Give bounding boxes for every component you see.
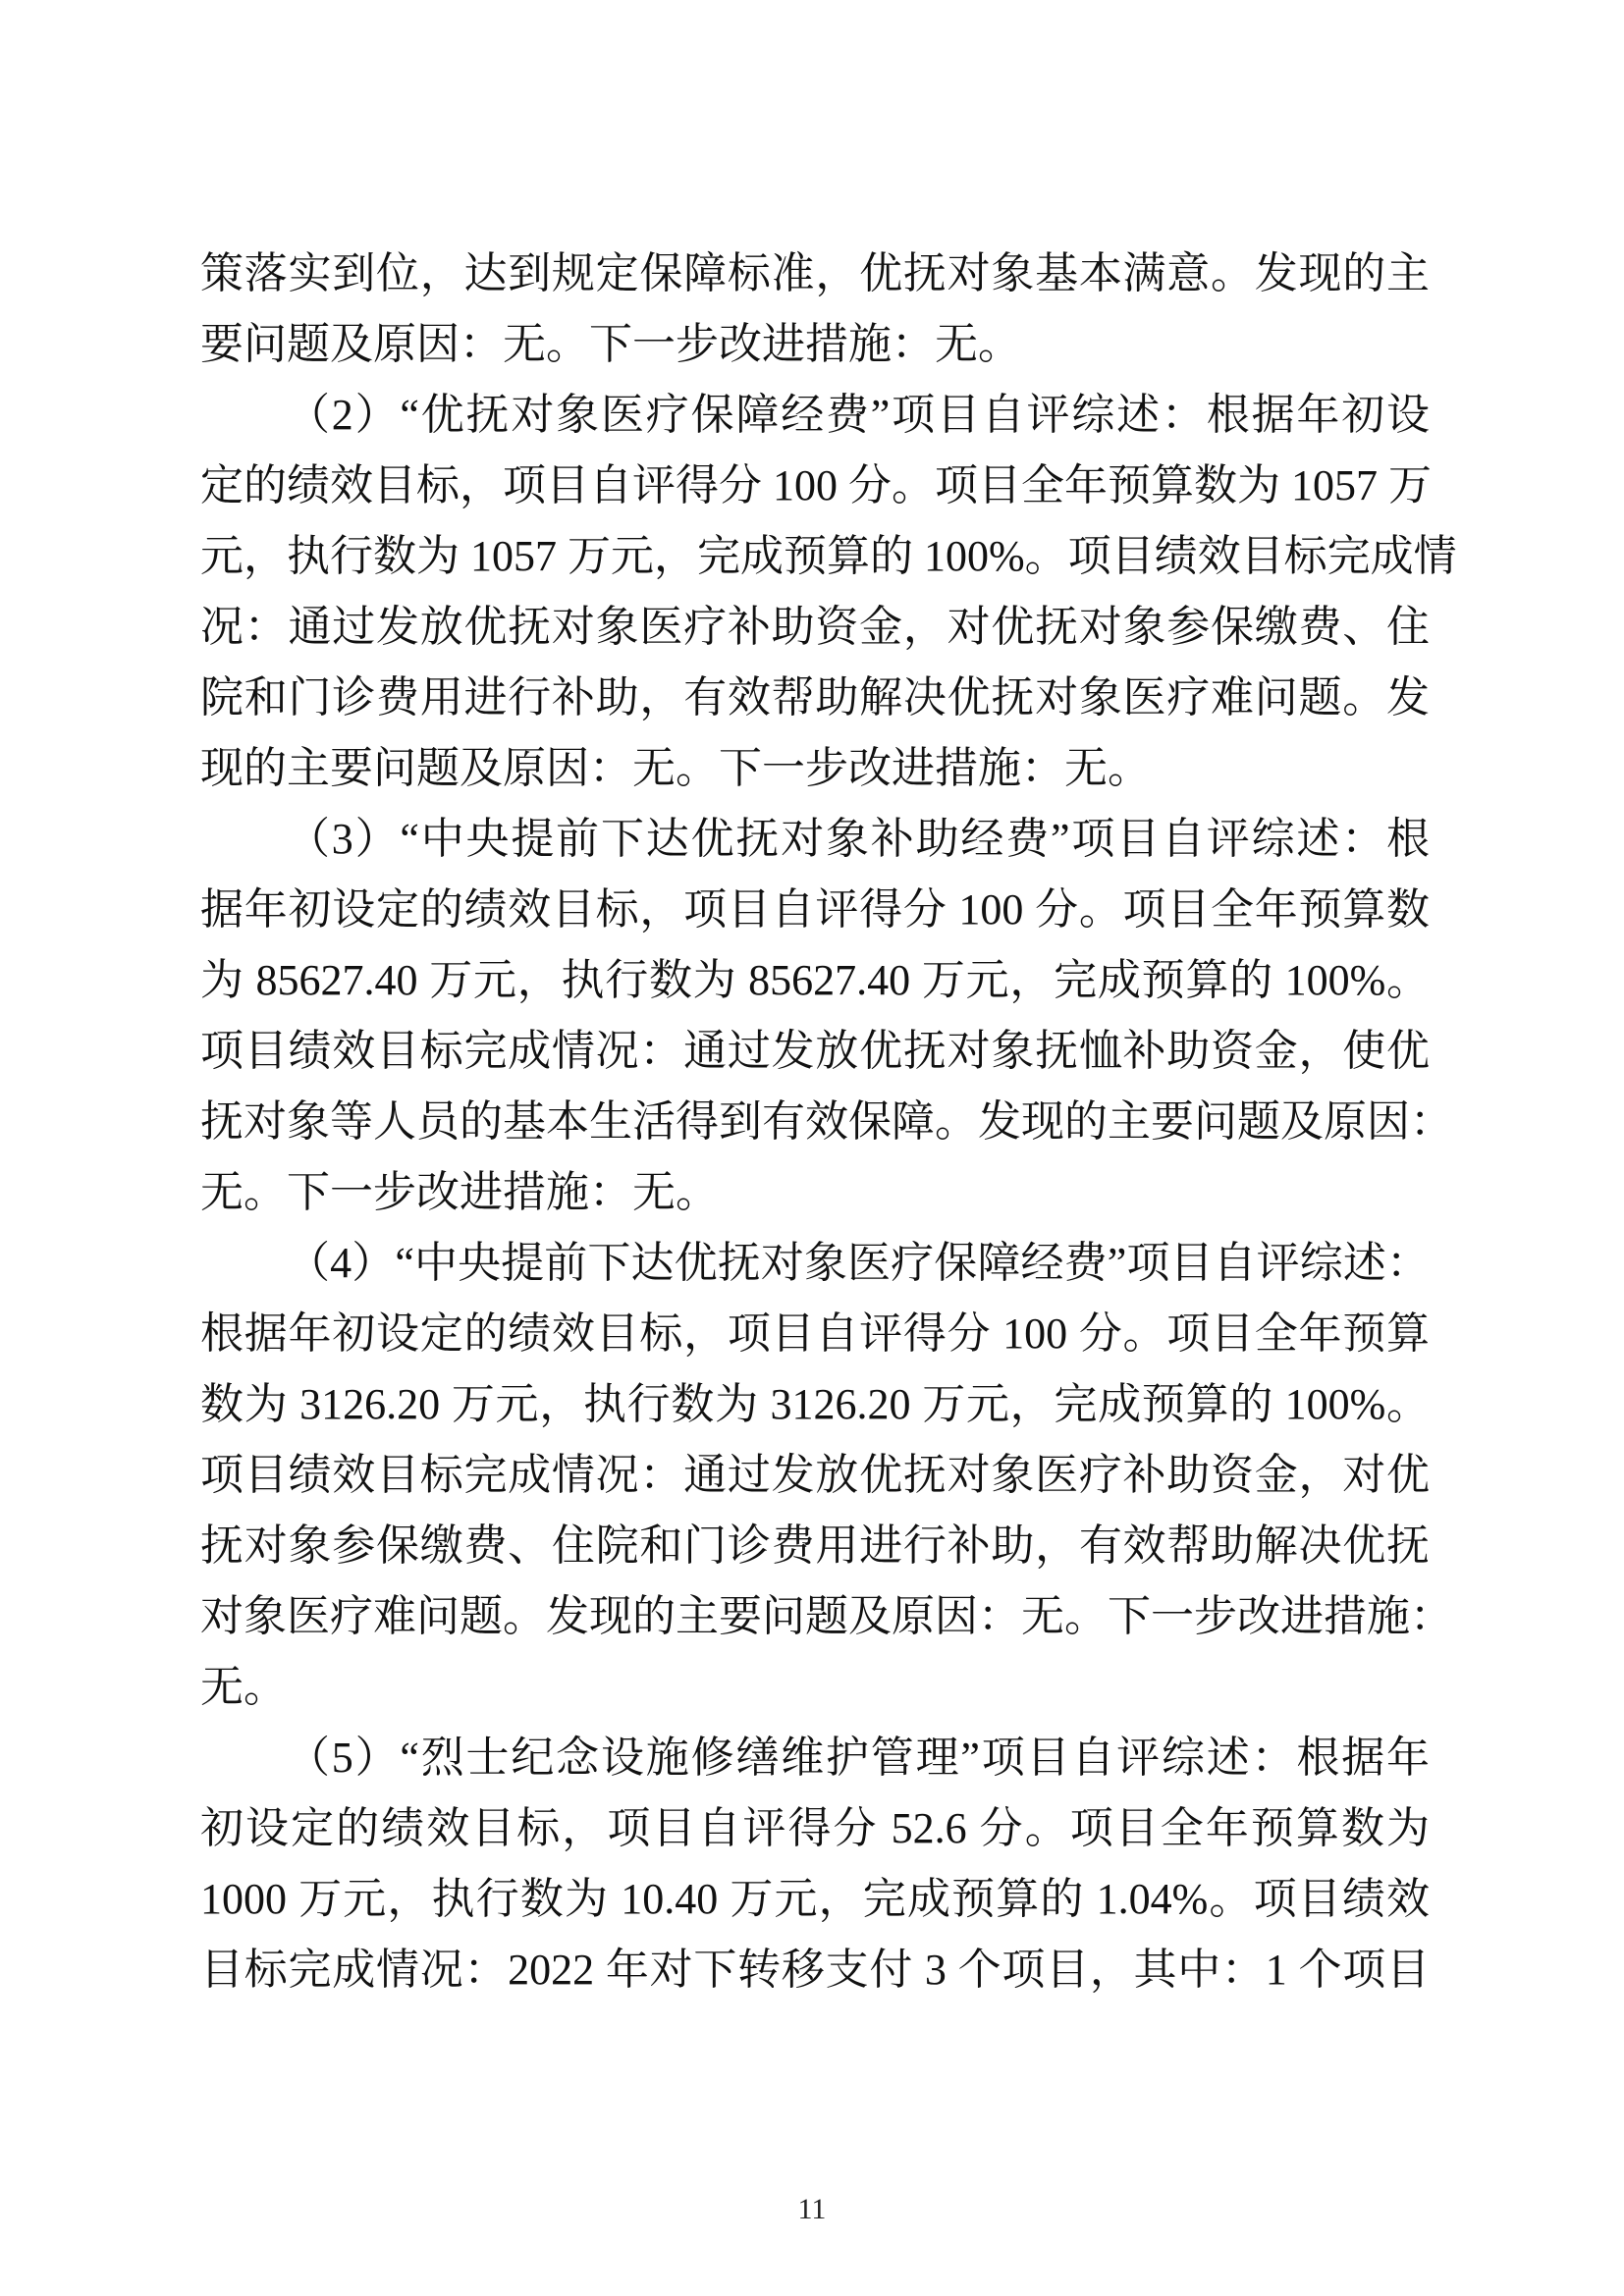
text-line: 现的主要问题及原因：无。下一步改进措施：无。	[200, 733, 1430, 804]
text-line: 元，执行数为 1057 万元，完成预算的 100%。项目绩效目标完成情	[200, 521, 1430, 592]
text-line: 策落实到位，达到规定保障标准，优抚对象基本满意。发现的主	[200, 239, 1430, 309]
page-footer: 11	[0, 2193, 1624, 2226]
text-line: 无。下一步改进措施：无。	[200, 1157, 1430, 1228]
text-line: 抚对象参保缴费、住院和门诊费用进行补助，有效帮助解决优抚	[200, 1511, 1430, 1581]
text-line: 根据年初设定的绩效目标，项目自评得分 100 分。项目全年预算	[200, 1299, 1430, 1369]
text-line: （4）“中央提前下达优抚对象医疗保障经费”项目自评综述：	[200, 1228, 1430, 1299]
page-number: 11	[798, 2193, 827, 2225]
text-line: 要问题及原因：无。下一步改进措施：无。	[200, 309, 1430, 380]
document-page: 策落实到位，达到规定保障标准，优抚对象基本满意。发现的主 要问题及原因：无。下一…	[0, 0, 1624, 2296]
text-line: 项目绩效目标完成情况：通过发放优抚对象抚恤补助资金，使优	[200, 1016, 1430, 1087]
text-line: 项目绩效目标完成情况：通过发放优抚对象医疗补助资金，对优	[200, 1440, 1430, 1511]
text-line: （3）“中央提前下达优抚对象补助经费”项目自评综述：根	[200, 804, 1430, 875]
text-line: 为 85627.40 万元，执行数为 85627.40 万元，完成预算的 100…	[200, 945, 1430, 1016]
text-line: （5）“烈士纪念设施修缮维护管理”项目自评综述：根据年	[200, 1723, 1430, 1793]
document-body: 策落实到位，达到规定保障标准，优抚对象基本满意。发现的主 要问题及原因：无。下一…	[200, 239, 1430, 2005]
text-line: 院和门诊费用进行补助，有效帮助解决优抚对象医疗难问题。发	[200, 663, 1430, 733]
text-line: 对象医疗难问题。发现的主要问题及原因：无。下一步改进措施：	[200, 1581, 1430, 1652]
text-line: 无。	[200, 1652, 1430, 1723]
text-line: 定的绩效目标，项目自评得分 100 分。项目全年预算数为 1057 万	[200, 451, 1430, 521]
text-line: 初设定的绩效目标，项目自评得分 52.6 分。项目全年预算数为	[200, 1793, 1430, 1864]
text-line: 目标完成情况：2022 年对下转移支付 3 个项目，其中：1 个项目	[200, 1935, 1430, 2005]
text-line: 数为 3126.20 万元，执行数为 3126.20 万元，完成预算的 100%…	[200, 1369, 1430, 1440]
text-line: 况：通过发放优抚对象医疗补助资金，对优抚对象参保缴费、住	[200, 592, 1430, 663]
text-line: （2）“优抚对象医疗保障经费”项目自评综述：根据年初设	[200, 380, 1430, 451]
text-line: 1000 万元，执行数为 10.40 万元，完成预算的 1.04%。项目绩效	[200, 1864, 1430, 1935]
text-line: 据年初设定的绩效目标，项目自评得分 100 分。项目全年预算数	[200, 875, 1430, 945]
text-line: 抚对象等人员的基本生活得到有效保障。发现的主要问题及原因：	[200, 1087, 1430, 1157]
